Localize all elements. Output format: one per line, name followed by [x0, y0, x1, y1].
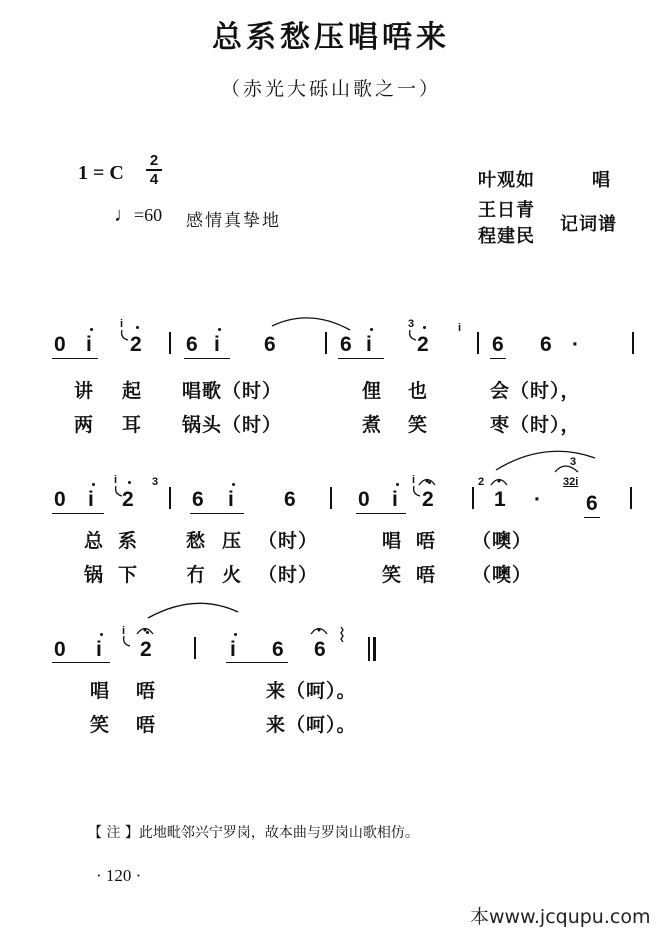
page-number: · 120 ·: [96, 866, 141, 886]
grace-hook-icon: [122, 330, 128, 340]
slur-icon: [496, 451, 595, 470]
grace-hook-icon: [124, 636, 130, 646]
notation-curves: [0, 0, 662, 930]
triplet-bracket-icon: [555, 466, 578, 472]
footnote: 【 注 】此地毗邻兴宁罗岗，故本曲与罗岗山歌相仿。: [88, 822, 419, 842]
grace-hook-icon: [414, 486, 420, 496]
slur-icon: [272, 318, 350, 330]
grace-hook-icon: [116, 486, 122, 496]
watermark-url[interactable]: 本www.jcqupu.com: [470, 902, 650, 929]
grace-hook-icon: [410, 330, 416, 340]
slur-icon: [148, 603, 238, 618]
vibrato-icon: [341, 627, 343, 642]
